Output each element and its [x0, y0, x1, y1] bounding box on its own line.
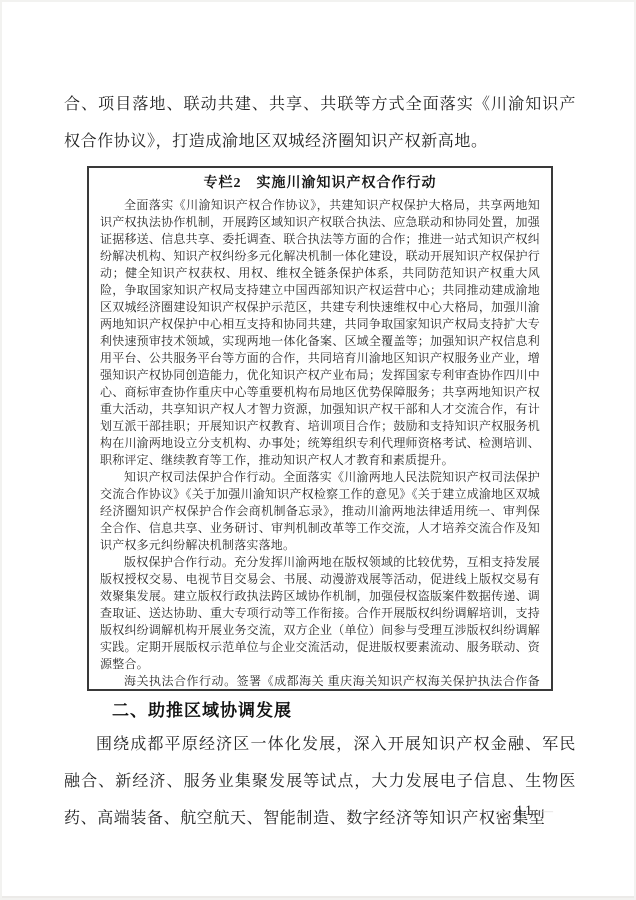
- column-box-title: 专栏2 实施川渝知识产权合作行动: [100, 174, 540, 194]
- box-paragraph-customs-enforcement: 海关执法合作行动。签署《成都海关 重庆海关知识产权海关保护执法合作备忘录》，加强…: [100, 673, 540, 691]
- footer-dash-left: —: [495, 803, 510, 818]
- box-paragraph-judicial-protection: 知识产权司法保护合作行动。全面落实《川渝两地人民法院知识产权司法保护交流合作协议…: [100, 469, 540, 554]
- page-footer: — 11 —: [470, 803, 580, 820]
- section-heading-2: 二、助推区域协调发展: [112, 696, 292, 721]
- document-page: 合、项目落地、联动共建、共享、共联等方式全面落实《川渝知识产权合作协议》，打造成…: [0, 0, 636, 900]
- page-number: 11: [516, 803, 534, 819]
- footer-dash-right: —: [540, 803, 555, 818]
- box-paragraph-administrative-protection: 全面落实《川渝知识产权合作协议》，共建知识产权保护大格局，共享两地知识产权执法协…: [100, 197, 540, 469]
- column-box-2: 专栏2 实施川渝知识产权合作行动 全面落实《川渝知识产权合作协议》，共建知识产权…: [87, 166, 553, 691]
- top-paragraph: 合、项目落地、联动共建、共享、共联等方式全面落实《川渝知识产权合作协议》，打造成…: [64, 86, 576, 160]
- box-paragraph-copyright-protection: 版权保护合作行动。充分发挥川渝两地在版权领域的比较优势，互相支持发展版权授权交易…: [100, 554, 540, 673]
- body-paragraph: 围绕成都平原经济区一体化发展，深入开展知识产权金融、军民融合、新经济、服务业集聚…: [64, 726, 576, 837]
